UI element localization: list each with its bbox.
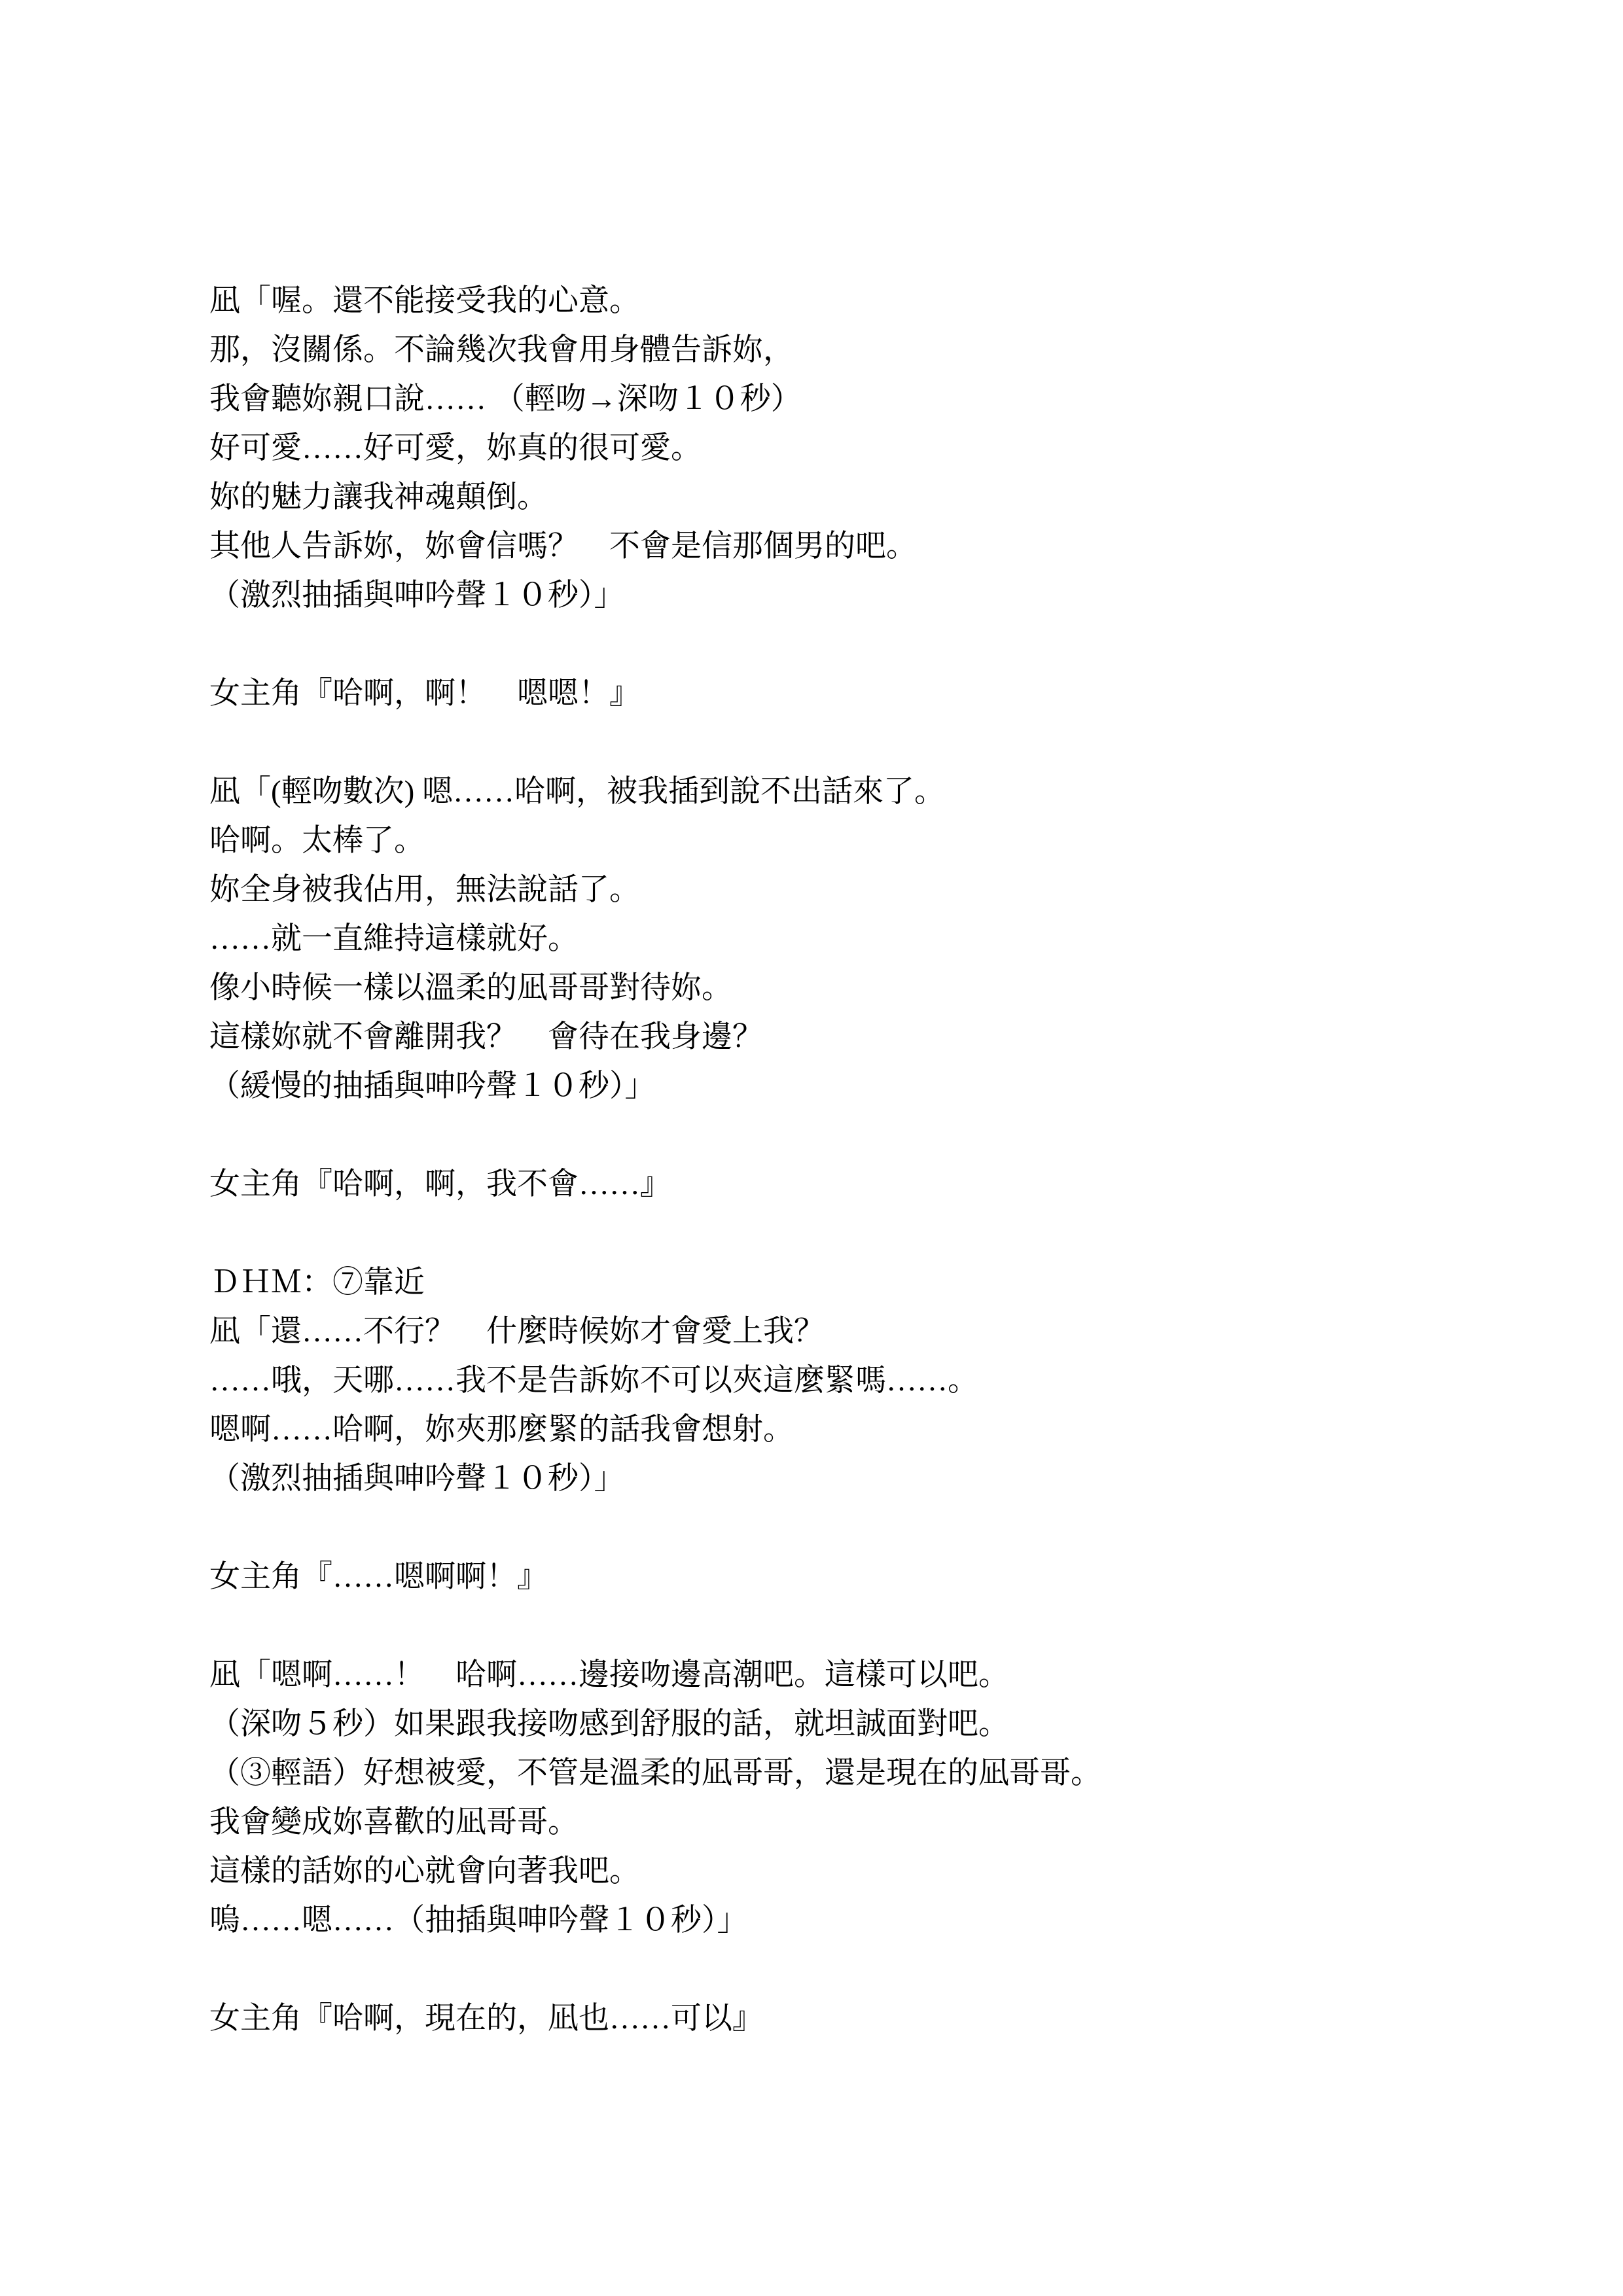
script-line: 這樣妳就不會離開我？ 會待在我身邊？ <box>209 1013 1427 1062</box>
dialogue-block: 女主角『哈啊，啊！ 嗯嗯！』 <box>209 669 1427 718</box>
dialogue-block: 凪「嗯啊……！ 哈啊……邊接吻邊高潮吧。這樣可以吧。（深吻５秒）如果跟我接吻感到… <box>209 1651 1427 1945</box>
script-line: ……哦，天哪……我不是告訴妳不可以夾這麼緊嗎……。 <box>209 1356 1427 1405</box>
script-line: 我會變成妳喜歡的凪哥哥。 <box>209 1798 1427 1847</box>
script-line: 凪「嗯啊……！ 哈啊……邊接吻邊高潮吧。這樣可以吧。 <box>209 1651 1427 1700</box>
script-line: 嗯啊……哈啊，妳夾那麼緊的話我會想射。 <box>209 1405 1427 1455</box>
script-line: 這樣的話妳的心就會向著我吧。 <box>209 1847 1427 1896</box>
document-page: 凪「喔。還不能接受我的心意。那，沒關係。不論幾次我會用身體告訴妳，我會聽妳親口說… <box>0 0 1623 2296</box>
script-line: 好可愛……好可愛，妳真的很可愛。 <box>209 424 1427 473</box>
dialogue-block: 女主角『哈啊，啊，我不會……』 <box>209 1160 1427 1209</box>
script-line: 女主角『……嗯啊啊！』 <box>209 1553 1427 1602</box>
dialogue-block: 凪「喔。還不能接受我的心意。那，沒關係。不論幾次我會用身體告訴妳，我會聽妳親口說… <box>209 277 1427 620</box>
script-line: （緩慢的抽插與呻吟聲１０秒）」 <box>209 1062 1427 1111</box>
script-line: 我會聽妳親口說…… （輕吻→深吻１０秒） <box>209 375 1427 424</box>
script-text-area: 凪「喔。還不能接受我的心意。那，沒關係。不論幾次我會用身體告訴妳，我會聽妳親口說… <box>209 277 1427 2043</box>
script-line: 女主角『哈啊，現在的，凪也……可以』 <box>209 1994 1427 2043</box>
dialogue-block: 女主角『哈啊，現在的，凪也……可以』 <box>209 1994 1427 2043</box>
script-line: 女主角『哈啊，啊，我不會……』 <box>209 1160 1427 1209</box>
script-line: 像小時候一樣以溫柔的凪哥哥對待妳。 <box>209 964 1427 1013</box>
script-line: 其他人告訴妳，妳會信嗎？ 不會是信那個男的吧。 <box>209 522 1427 571</box>
script-line: ……就一直維持這樣就好。 <box>209 915 1427 964</box>
script-line: （激烈抽插與呻吟聲１０秒）」 <box>209 571 1427 620</box>
script-line: （深吻５秒）如果跟我接吻感到舒服的話，就坦誠面對吧。 <box>209 1700 1427 1749</box>
script-line: （激烈抽插與呻吟聲１０秒）」 <box>209 1455 1427 1504</box>
script-line: 凪「(輕吻數次) 嗯……哈啊，被我插到說不出話來了。 <box>209 768 1427 817</box>
dialogue-block: 凪「(輕吻數次) 嗯……哈啊，被我插到說不出話來了。哈啊。太棒了。妳全身被我佔用… <box>209 768 1427 1111</box>
script-line: 凪「喔。還不能接受我的心意。 <box>209 277 1427 326</box>
dialogue-block: ＤＨＭ：⑦靠近凪「還……不行？ 什麼時候妳才會愛上我？……哦，天哪……我不是告訴… <box>209 1258 1427 1504</box>
script-line: 哈啊。太棒了。 <box>209 817 1427 866</box>
script-line: 女主角『哈啊，啊！ 嗯嗯！』 <box>209 669 1427 718</box>
dialogue-block: 女主角『……嗯啊啊！』 <box>209 1553 1427 1602</box>
script-line: 嗚……嗯……（抽插與呻吟聲１０秒）」 <box>209 1896 1427 1945</box>
script-line: ＤＨＭ：⑦靠近 <box>209 1258 1427 1307</box>
script-line: 妳的魅力讓我神魂顛倒。 <box>209 473 1427 522</box>
script-line: 妳全身被我佔用，無法說話了。 <box>209 866 1427 915</box>
script-line: 那，沒關係。不論幾次我會用身體告訴妳， <box>209 326 1427 375</box>
script-line: 凪「還……不行？ 什麼時候妳才會愛上我？ <box>209 1307 1427 1356</box>
script-line: （③輕語）好想被愛，不管是溫柔的凪哥哥，還是現在的凪哥哥。 <box>209 1749 1427 1798</box>
